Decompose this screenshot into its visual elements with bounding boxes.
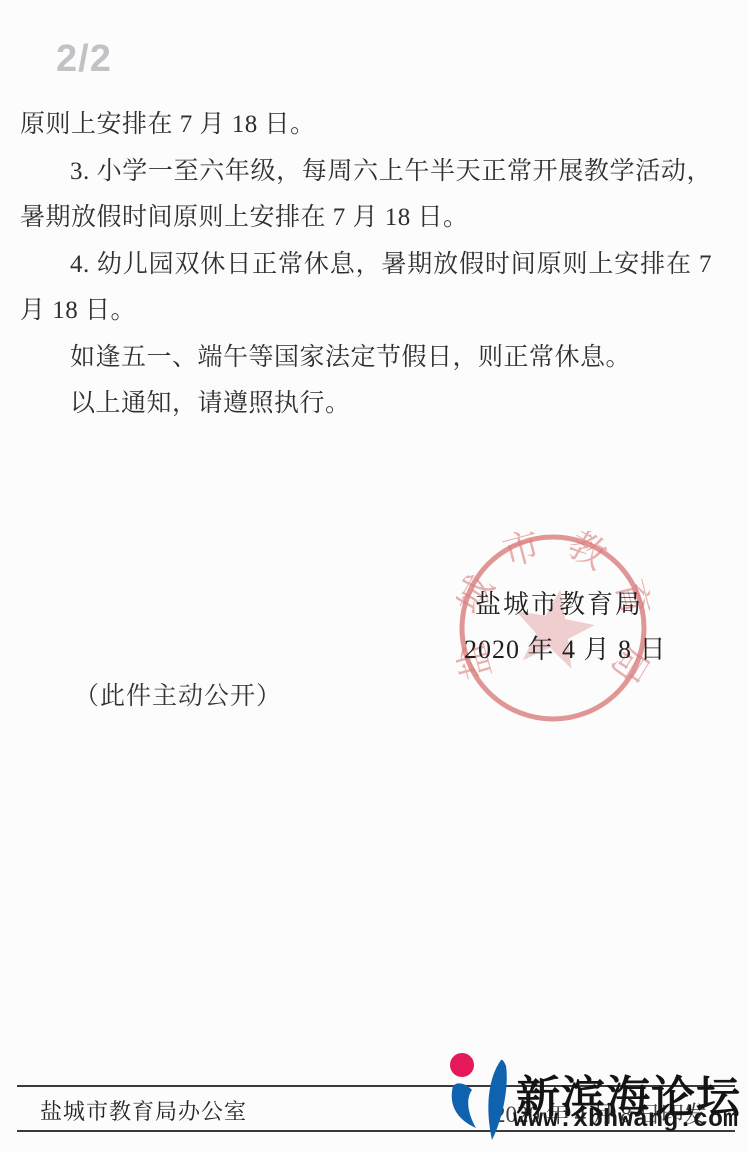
body-paragraph-item-3: 3. 小学一至六年级，每周六上午半天正常开展教学活动，暑期放假时间原则上安排在 … [20,149,712,242]
logo-arm-swoosh [452,1083,476,1128]
footer-office: 盐城市教育局办公室 [40,1095,247,1126]
disclosure-note: （此件主动公开） [74,676,282,712]
page-indicator: 2/2 [56,38,112,81]
signature-organization: 盐城市教育局 [475,584,643,621]
forum-logo-icon [443,1048,515,1143]
body-paragraph-continuation: 原则上安排在 7 月 18 日。 [20,102,712,149]
signature-date: 2020 年 4 月 8 日 [464,629,667,666]
body-paragraph-item-4: 4. 幼儿园双休日正常休息，暑期放假时间原则上安排在 7 月 18 日。 [20,242,712,335]
watermark-site-url: www.xbhwang.com [513,1105,738,1134]
body-paragraph-closing: 以上通知，请遵照执行。 [20,381,712,428]
official-seal-icon: 盐城市教育局 [456,531,650,725]
logo-head-dot [450,1053,474,1077]
body-paragraph-holidays: 如逢五一、端午等国家法定节假日，则正常休息。 [20,335,712,382]
logo-body-swoosh [488,1060,506,1140]
document-body: 原则上安排在 7 月 18 日。 3. 小学一至六年级，每周六上午半天正常开展教… [20,102,712,428]
document-page: 2/2 原则上安排在 7 月 18 日。 3. 小学一至六年级，每周六上午半天正… [0,0,748,1152]
